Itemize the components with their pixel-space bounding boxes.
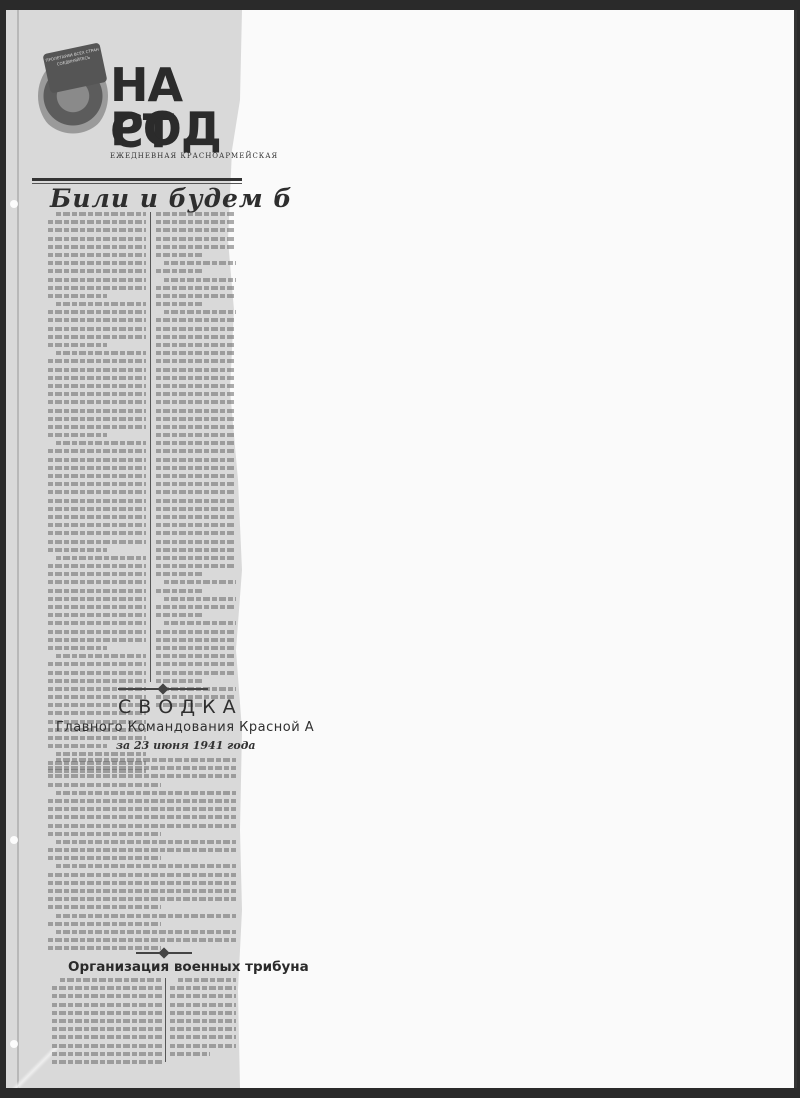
masthead-subtitle: ЕЖЕДНЕВНАЯ КРАСНОАРМЕЙСКАЯ: [110, 152, 278, 160]
lead-article-column-1: [48, 212, 146, 777]
masthead: ПРОЛЕТАРИИ ВСЕХ СТРАН СОЕДИНЯЙТЕСЬ НА СТ…: [38, 48, 238, 168]
lead-headline: Били и будем б: [50, 184, 292, 213]
second-article-headline: Организация военных трибуна: [68, 959, 309, 975]
masthead-title-line-2: РОД: [110, 106, 221, 152]
svodka-subtitle: Главного Командования Красной А: [56, 720, 314, 735]
svodka-title: СВОДКА: [118, 696, 243, 718]
lead-article-column-2: [156, 212, 236, 711]
second-article-column-1: [52, 978, 162, 1068]
punch-hole: [10, 200, 18, 208]
fold-line: [17, 10, 19, 1088]
second-article-column-2: [170, 978, 236, 1060]
punch-hole: [10, 1040, 18, 1048]
svodka-date: за 23 июня 1941 года: [116, 739, 255, 752]
svodka-body: [48, 758, 236, 955]
masthead-rule: [32, 178, 242, 181]
punch-hole: [10, 836, 18, 844]
section-ornament: [118, 688, 208, 690]
column-divider: [150, 212, 151, 682]
column-divider: [165, 978, 166, 1062]
section-ornament: [136, 952, 192, 954]
